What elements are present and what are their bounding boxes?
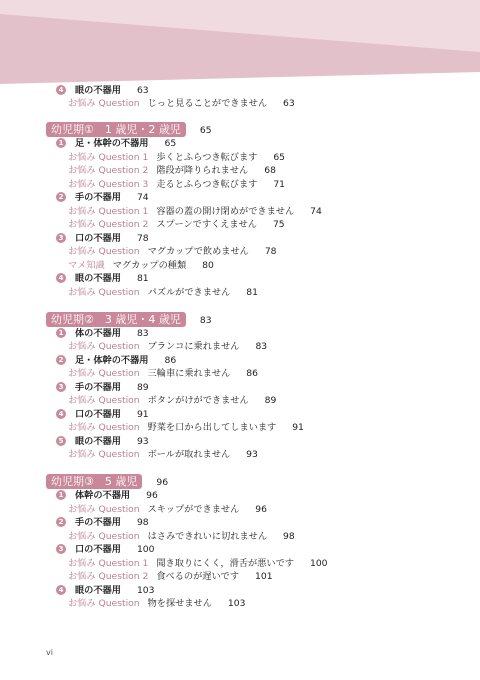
circled-number-icon: 4: [56, 85, 66, 95]
question-text: 食べるのが遅いです: [156, 571, 239, 582]
toc-section[interactable]: 2手の不器用74: [56, 192, 149, 204]
toc-question[interactable]: お悩み Questionマグカップで飲めません78: [68, 246, 277, 258]
toc-section[interactable]: 2手の不器用98: [56, 517, 149, 529]
question-label: お悩み Question 3: [68, 179, 148, 190]
page-ref: 93: [246, 449, 258, 460]
header-wave-banner: [0, 0, 480, 84]
circled-number-icon: 3: [56, 544, 66, 554]
page-ref: 96: [156, 477, 168, 488]
page-number: vi: [46, 648, 53, 657]
toc-chapter-heading[interactable]: 幼児期③ 5 歳児96: [46, 470, 168, 489]
question-label: お悩み Question: [68, 504, 140, 515]
circled-number-icon: 4: [56, 273, 66, 283]
circled-number-icon: 1: [56, 328, 66, 338]
section-title: 体の不器用: [75, 328, 121, 339]
page-ref: 91: [137, 409, 149, 420]
question-text: スキップができません: [148, 504, 240, 515]
page-ref: 83: [200, 315, 212, 326]
question-label: お悩み Question 1: [68, 558, 148, 569]
question-text: 容器の蓋の開け閉めができません: [156, 206, 294, 217]
toc-question[interactable]: お悩み Question 1歩くとふらつき転びます65: [68, 152, 285, 164]
page-ref: 80: [202, 260, 214, 271]
question-label: お悩み Question: [68, 531, 140, 542]
question-label: お悩み Question 2: [68, 571, 148, 582]
page-ref: 74: [310, 206, 322, 217]
toc-question[interactable]: お悩み Questionボールが取れません93: [68, 449, 258, 461]
section-title: 眼の不器用: [75, 273, 121, 284]
question-label: お悩み Question: [68, 395, 140, 406]
toc-question[interactable]: お悩み Questionボタンがけができません89: [68, 395, 276, 407]
toc-section[interactable]: 2足・体幹の不器用86: [56, 355, 176, 367]
question-label: お悩み Question: [68, 341, 140, 352]
circled-number-icon: 1: [56, 490, 66, 500]
circled-number-icon: 3: [56, 382, 66, 392]
question-text: 物を探せません: [148, 598, 212, 609]
question-text: ボタンがけができません: [148, 395, 249, 406]
circled-number-icon: 2: [56, 192, 66, 202]
toc-question[interactable]: お悩み Questionじっと見ることができません63: [68, 98, 295, 110]
page-ref: 98: [137, 517, 149, 528]
section-title: 手の不器用: [75, 192, 121, 203]
section-title: 口の不器用: [75, 233, 121, 244]
toc-question[interactable]: お悩み Question 1聞き取りにくく，滑舌が悪いです100: [68, 558, 328, 570]
toc-section[interactable]: 4眼の不器用103: [56, 585, 154, 597]
question-text: じっと見ることができません: [148, 98, 267, 109]
page-ref: 100: [310, 558, 328, 569]
page-ref: 83: [255, 341, 267, 352]
question-label: お悩み Question: [68, 246, 140, 257]
toc-section[interactable]: 1体の不器用83: [56, 328, 149, 340]
page-ref: 81: [137, 273, 149, 284]
question-text: パズルができません: [148, 287, 231, 298]
section-title: 足・体幹の不器用: [75, 138, 149, 149]
section-title: 眼の不器用: [75, 436, 121, 447]
toc-question[interactable]: お悩み Questionブランコに乗れません83: [68, 341, 267, 353]
toc-section[interactable]: 4眼の不器用63: [56, 85, 149, 97]
question-text: スプーンですくえません: [156, 219, 257, 230]
toc-question[interactable]: お悩み Questionパズルができません81: [68, 287, 258, 299]
toc-question[interactable]: お悩み Question 2食べるのが遅いです101: [68, 571, 273, 583]
toc-question[interactable]: お悩み Question 2スプーンですくえません75: [68, 219, 285, 231]
circled-number-icon: 2: [56, 355, 66, 365]
chapter-label: 幼児期① 1 歳児・2 歳児: [46, 122, 186, 137]
section-title: 眼の不器用: [75, 585, 121, 596]
toc-question[interactable]: お悩み Question 1容器の蓋の開け閉めができません74: [68, 206, 322, 218]
page-ref: 65: [165, 138, 177, 149]
circled-number-icon: 3: [56, 233, 66, 243]
toc-section[interactable]: 3口の不器用78: [56, 233, 149, 245]
toc-question[interactable]: お悩み Question 3走るとふらつき転びます71: [68, 179, 285, 191]
toc-section[interactable]: 5眼の不器用93: [56, 436, 149, 448]
question-label: お悩み Question: [68, 287, 140, 298]
circled-number-icon: 5: [56, 436, 66, 446]
toc-section[interactable]: 3口の不器用100: [56, 544, 154, 556]
question-label: お悩み Question 2: [68, 219, 148, 230]
question-text: 野菜を口から出してしまいます: [148, 422, 277, 433]
circled-number-icon: 1: [56, 138, 66, 148]
toc-section[interactable]: 1足・体幹の不器用65: [56, 138, 176, 150]
section-title: 手の不器用: [75, 517, 121, 528]
page-ref: 81: [246, 287, 258, 298]
page-ref: 68: [264, 165, 276, 176]
circled-number-icon: 2: [56, 517, 66, 527]
page-ref: 86: [246, 368, 258, 379]
page-ref: 89: [265, 395, 277, 406]
chapter-label: 幼児期③ 5 歳児: [46, 474, 142, 489]
question-text: マグカップで飲めません: [148, 246, 249, 257]
page-ref: 103: [228, 598, 246, 609]
question-text: 聞き取りにくく，滑舌が悪いです: [156, 558, 294, 569]
page-ref: 83: [137, 328, 149, 339]
toc-section[interactable]: 1体幹の不器用96: [56, 490, 158, 502]
page-ref: 96: [146, 490, 158, 501]
page-ref: 93: [137, 436, 149, 447]
toc-section[interactable]: 4口の不器用91: [56, 409, 149, 421]
section-title: 体幹の不器用: [75, 490, 130, 501]
page-ref: 96: [255, 504, 267, 515]
question-label: マメ知識: [68, 260, 105, 271]
page-ref: 100: [137, 544, 155, 555]
question-label: お悩み Question: [68, 598, 140, 609]
section-title: 足・体幹の不器用: [75, 355, 149, 366]
page-ref: 98: [283, 531, 295, 542]
question-text: 階段が降りられません: [156, 165, 248, 176]
question-label: お悩み Question 1: [68, 152, 148, 163]
page-ref: 63: [137, 85, 149, 96]
page-ref: 65: [200, 125, 212, 136]
page-ref: 101: [255, 571, 273, 582]
section-title: 眼の不器用: [75, 85, 121, 96]
question-label: お悩み Question 1: [68, 206, 148, 217]
question-text: ブランコに乗れません: [148, 341, 240, 352]
page-ref: 86: [165, 355, 177, 366]
circled-number-icon: 4: [56, 585, 66, 595]
section-title: 手の不器用: [75, 382, 121, 393]
page-ref: 103: [137, 585, 155, 596]
page-ref: 75: [273, 219, 285, 230]
toc-chapter-heading[interactable]: 幼児期② 3 歳児・4 歳児83: [46, 308, 212, 327]
page-ref: 78: [265, 246, 277, 257]
toc-question[interactable]: お悩み Questionはさみできれいに切れません98: [68, 531, 295, 543]
section-title: 口の不器用: [75, 544, 121, 555]
toc-question[interactable]: お悩み Question 2階段が降りられません68: [68, 165, 276, 177]
section-title: 口の不器用: [75, 409, 121, 420]
question-text: 走るとふらつき転びます: [156, 179, 257, 190]
page-ref: 91: [292, 422, 304, 433]
circled-number-icon: 4: [56, 409, 66, 419]
toc-chapter-heading[interactable]: 幼児期① 1 歳児・2 歳児65: [46, 118, 212, 137]
page-ref: 89: [137, 382, 149, 393]
question-label: お悩み Question 2: [68, 165, 148, 176]
toc-question[interactable]: お悩み Question野菜を口から出してしまいます91: [68, 422, 304, 434]
toc-section[interactable]: 4眼の不器用81: [56, 273, 149, 285]
question-label: お悩み Question: [68, 368, 140, 379]
page-ref: 65: [273, 152, 285, 163]
page-ref: 63: [283, 98, 295, 109]
question-label: お悩み Question: [68, 422, 140, 433]
toc-section[interactable]: 3手の不器用89: [56, 382, 149, 394]
question-text: マグカップの種類: [113, 260, 186, 271]
toc-question[interactable]: お悩み Question物を探せません103: [68, 598, 245, 610]
toc-question[interactable]: お悩み Question三輪車に乗れません86: [68, 368, 258, 380]
question-text: ボールが取れません: [148, 449, 231, 460]
question-label: お悩み Question: [68, 449, 140, 460]
toc-question[interactable]: お悩み Questionスキップができません96: [68, 504, 267, 516]
chapter-label: 幼児期② 3 歳児・4 歳児: [46, 312, 186, 327]
question-text: はさみできれいに切れません: [148, 531, 267, 542]
question-text: 三輪車に乗れません: [148, 368, 231, 379]
toc-question[interactable]: マメ知識マグカップの種類80: [68, 260, 214, 272]
page-ref: 74: [137, 192, 149, 203]
page-ref: 71: [273, 179, 285, 190]
page-ref: 78: [137, 233, 149, 244]
question-text: 歩くとふらつき転びます: [156, 152, 257, 163]
question-label: お悩み Question: [68, 98, 140, 109]
